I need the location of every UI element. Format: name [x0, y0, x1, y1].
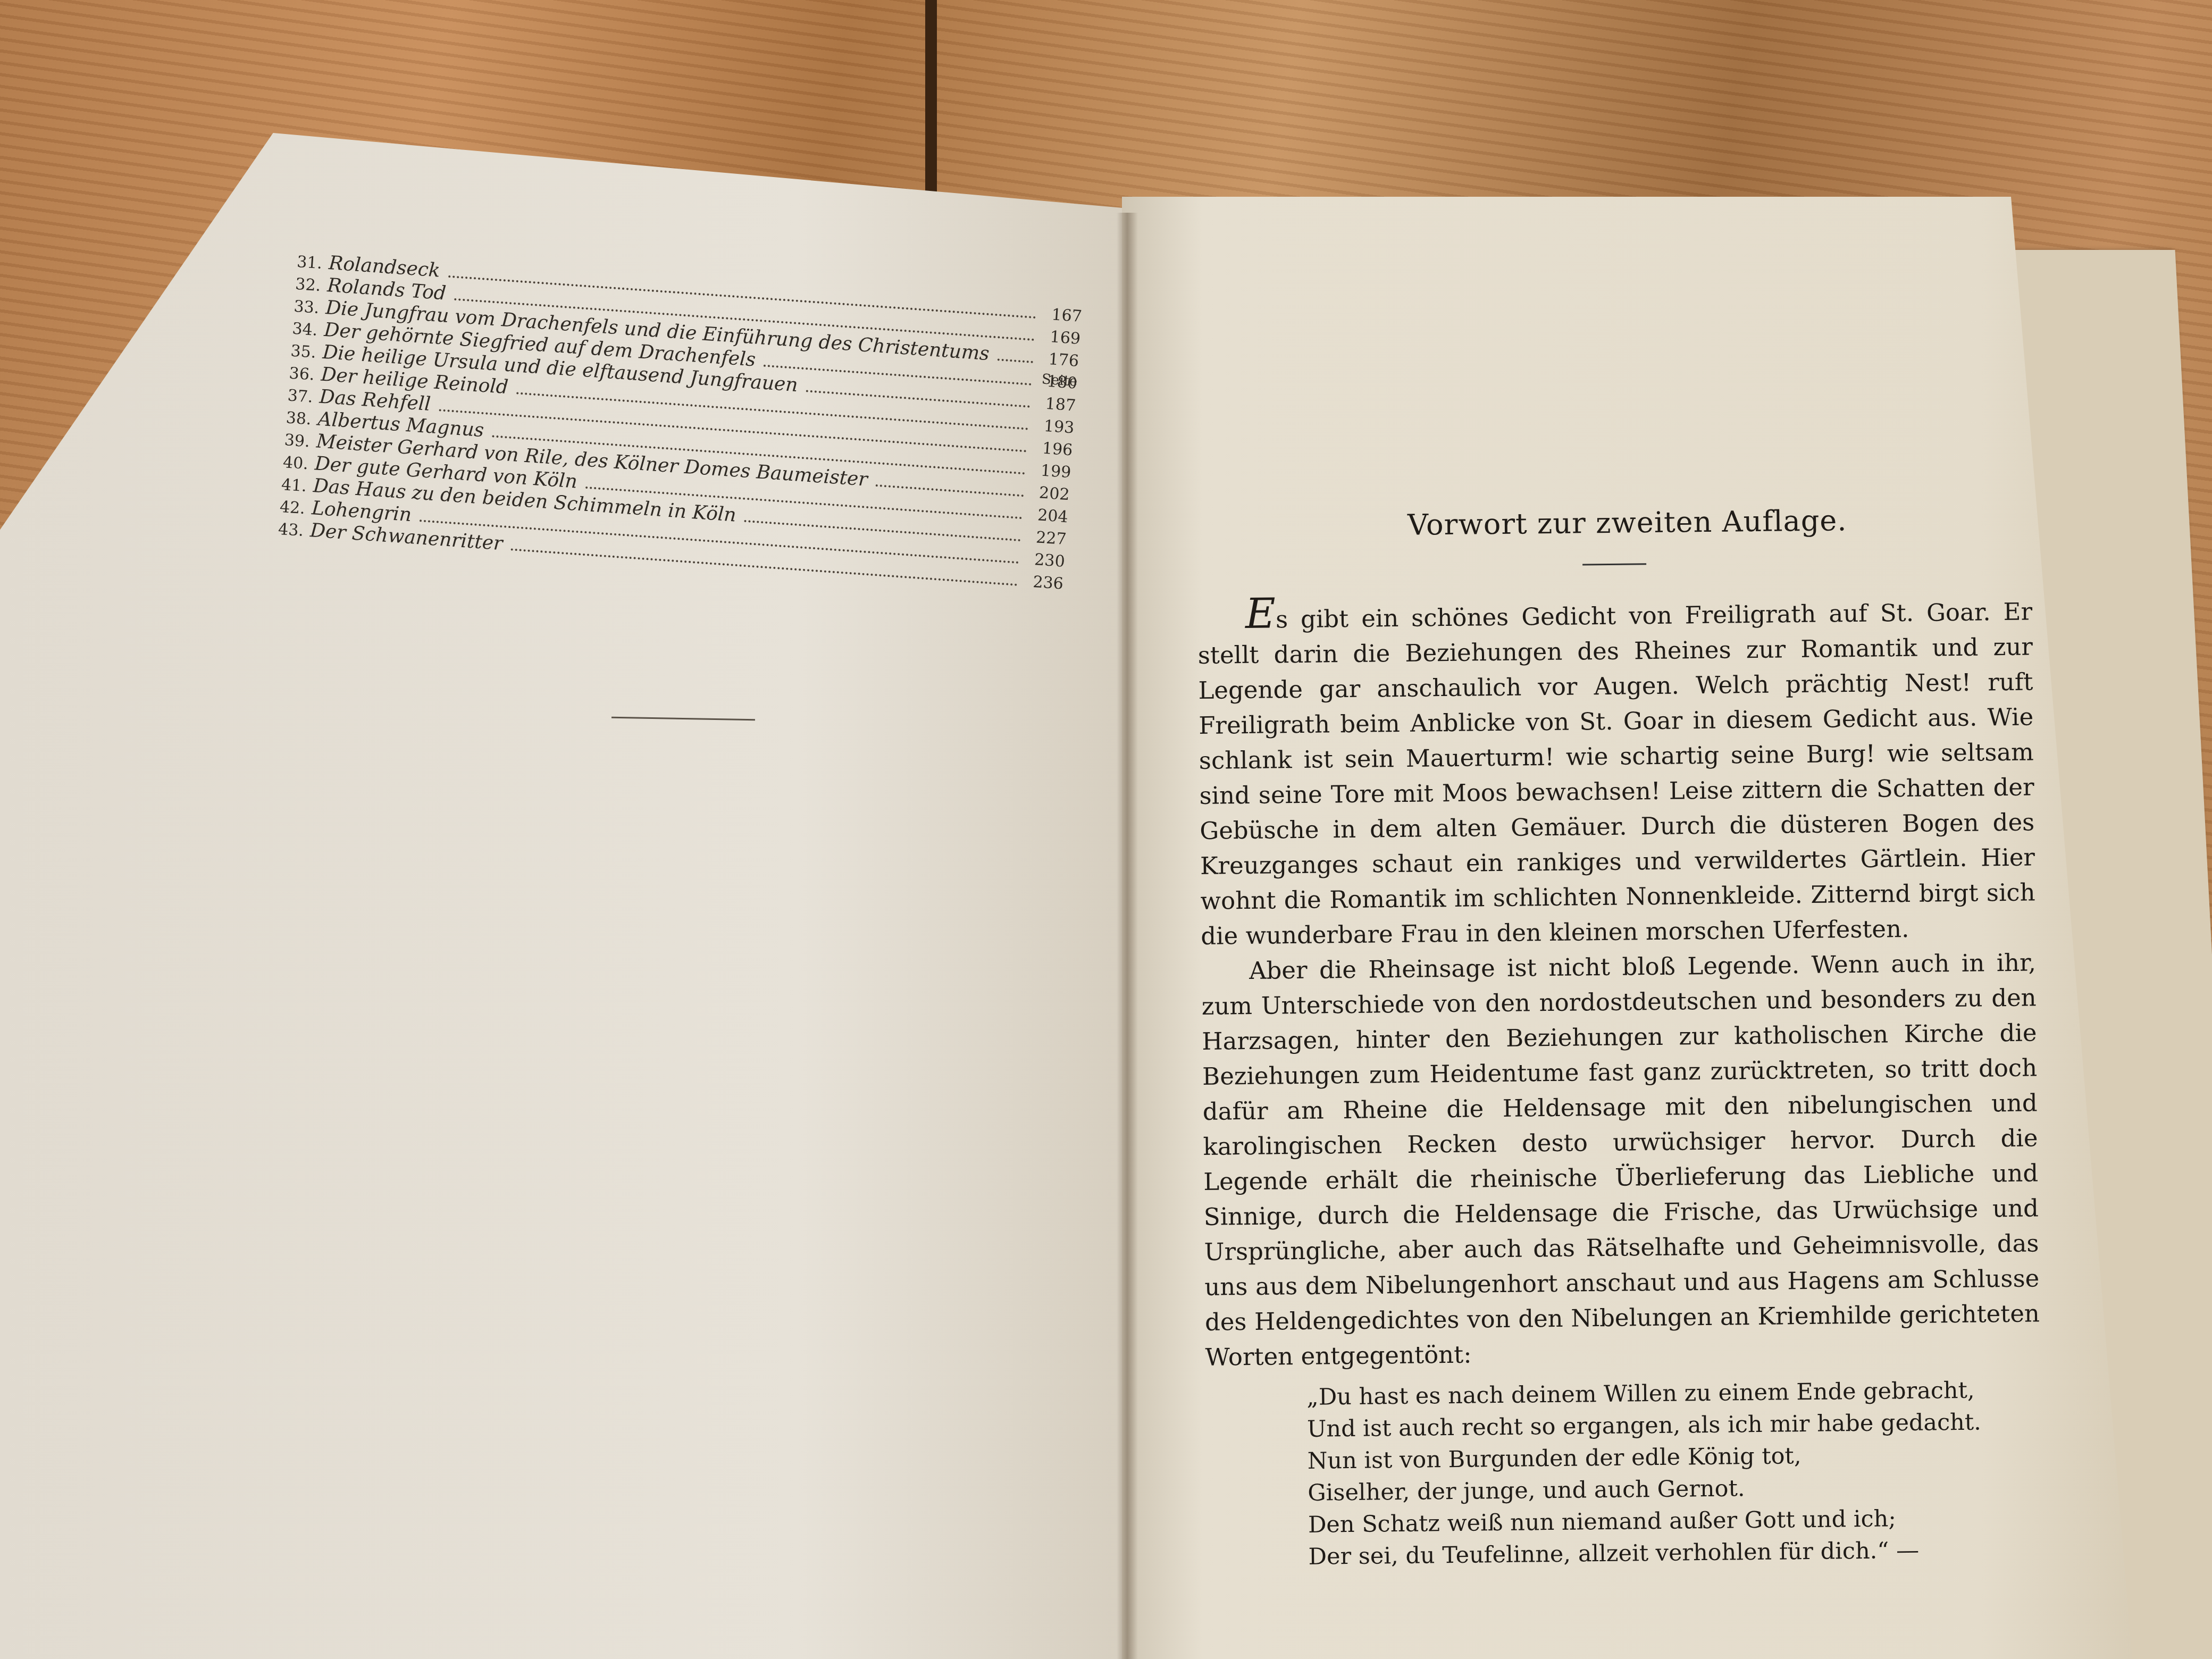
book-gutter: [1117, 213, 1138, 1659]
table-plank-gap: [925, 0, 937, 202]
drop-cap: E: [1245, 590, 1276, 638]
verse-quote: „Du hast es nach deinem Willen zu einem …: [1306, 1373, 2042, 1572]
paragraph-1: Es gibt ein schönes Gedicht von Freiligr…: [1197, 593, 2036, 954]
paragraph-2: Aber die Rheinsage ist nicht bloß Legend…: [1201, 945, 2040, 1375]
table-of-contents: Seite 31.Rolandseck167 32.Rolands Tod169…: [278, 250, 1083, 594]
title-rule: [1582, 563, 1646, 565]
preface: Vorwort zur zweiten Auflage. Es gibt ein…: [1196, 502, 2042, 1574]
leader-dots: [998, 358, 1033, 363]
